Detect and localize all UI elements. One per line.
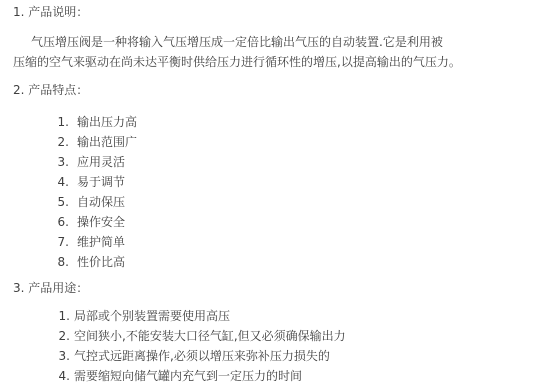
item-number: 6. bbox=[55, 212, 69, 232]
item-text: 维护简单 bbox=[77, 232, 125, 252]
item-number: 1. bbox=[56, 306, 70, 326]
uses-list: 1. 局部或个别装置需要使用高压 2. 空间狭小,不能安装大口径气缸,但又必须确… bbox=[13, 306, 525, 386]
list-item: 1. 输出压力高 bbox=[55, 112, 525, 132]
list-item: 1. 局部或个别装置需要使用高压 bbox=[56, 306, 525, 326]
list-item: 4. 需要缩短向储气罐内充气到一定压力的时间 bbox=[56, 366, 525, 386]
item-text: 气控式远距离操作,必须以增压来弥补压力损失的 bbox=[74, 346, 330, 366]
list-item: 3. 应用灵活 bbox=[55, 152, 525, 172]
item-number: 3. bbox=[56, 346, 70, 366]
item-text: 空间狭小,不能安装大口径气缸,但又必须确保输出力 bbox=[74, 326, 346, 346]
item-number: 7. bbox=[55, 232, 69, 252]
item-number: 5. bbox=[55, 192, 69, 212]
heading-product-uses: 3. 产品用途： bbox=[13, 278, 525, 298]
item-text: 性价比高 bbox=[77, 252, 125, 272]
list-item: 3. 气控式远距离操作,必须以增压来弥补压力损失的 bbox=[56, 346, 525, 366]
item-text: 易于调节 bbox=[77, 172, 125, 192]
list-item: 4. 易于调节 bbox=[55, 172, 525, 192]
item-number: 2. bbox=[55, 132, 69, 152]
list-item: 2. 空间狭小,不能安装大口径气缸,但又必须确保输出力 bbox=[56, 326, 525, 346]
paragraph-line: 压缩的空气来驱动在尚未达平衡时供给压力进行循环性的增压,以提高输出的气压力。 bbox=[13, 52, 525, 72]
item-text: 应用灵活 bbox=[77, 152, 125, 172]
item-number: 1. bbox=[55, 112, 69, 132]
item-text: 自动保压 bbox=[77, 192, 125, 212]
paragraph-line: 气压增压阀是一种将输入气压增压成一定倍比输出气压的自动装置.它是利用被 bbox=[13, 32, 525, 52]
list-item: 6. 操作安全 bbox=[55, 212, 525, 232]
list-item: 7. 维护简单 bbox=[55, 232, 525, 252]
item-number: 8. bbox=[55, 252, 69, 272]
product-document-page: 1. 产品说明： 气压增压阀是一种将输入气压增压成一定倍比输出气压的自动装置.它… bbox=[0, 0, 533, 386]
product-description-paragraph: 气压增压阀是一种将输入气压增压成一定倍比输出气压的自动装置.它是利用被 压缩的空… bbox=[13, 32, 525, 72]
list-item: 2. 输出范围广 bbox=[55, 132, 525, 152]
item-number: 3. bbox=[55, 152, 69, 172]
item-number: 4. bbox=[55, 172, 69, 192]
item-text: 操作安全 bbox=[77, 212, 125, 232]
heading-product-features: 2. 产品特点： bbox=[13, 80, 525, 100]
item-text: 输出范围广 bbox=[77, 132, 137, 152]
list-item: 5. 自动保压 bbox=[55, 192, 525, 212]
item-text: 输出压力高 bbox=[77, 112, 137, 132]
features-list: 1. 输出压力高 2. 输出范围广 3. 应用灵活 4. 易于调节 5. 自动保… bbox=[13, 112, 525, 272]
item-text: 局部或个别装置需要使用高压 bbox=[74, 306, 230, 326]
item-number: 4. bbox=[56, 366, 70, 386]
item-number: 2. bbox=[56, 326, 70, 346]
list-item: 8. 性价比高 bbox=[55, 252, 525, 272]
heading-product-description: 1. 产品说明： bbox=[13, 2, 525, 22]
item-text: 需要缩短向储气罐内充气到一定压力的时间 bbox=[74, 366, 302, 386]
